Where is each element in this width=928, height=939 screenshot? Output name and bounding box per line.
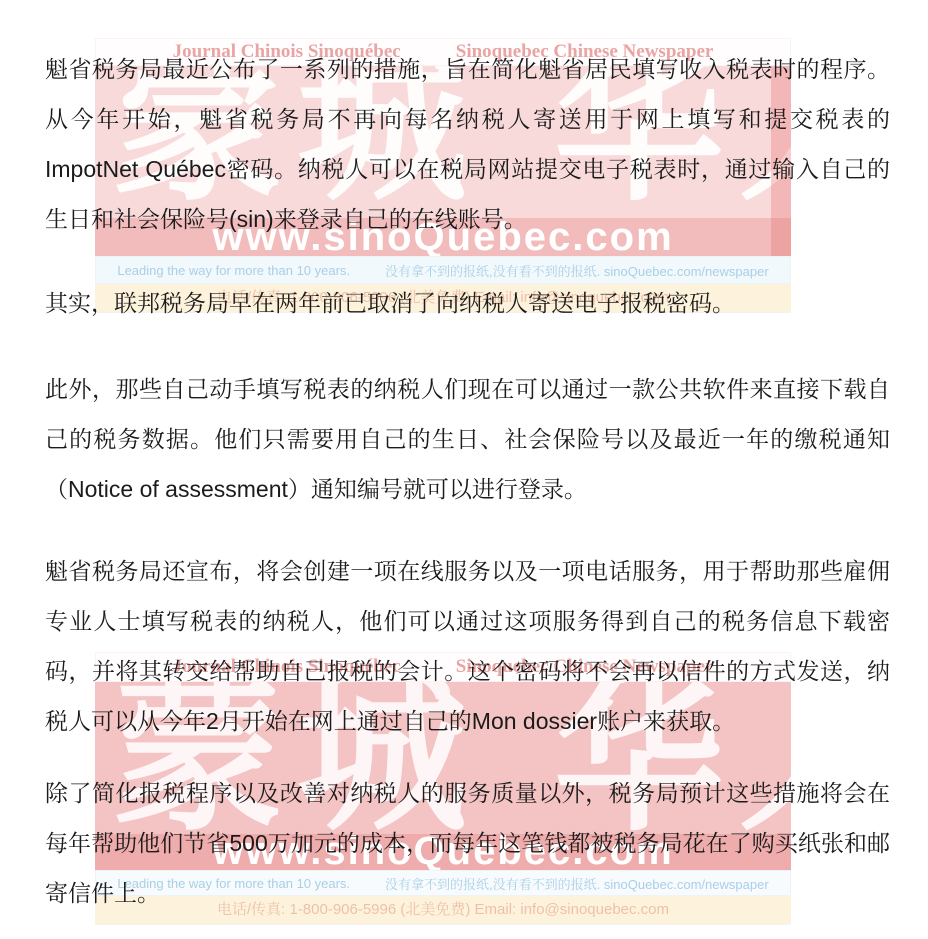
article-paragraph: 除了简化报税程序以及改善对纳税人的服务质量以外，税务局预计这些措施将会在每年帮助… <box>45 768 890 918</box>
article-paragraph: 魁省税务局最近公布了一系列的措施，旨在简化魁省居民填写收入税表时的程序。从今年开… <box>45 44 890 244</box>
article-body: 魁省税务局最近公布了一系列的措施，旨在简化魁省居民填写收入税表时的程序。从今年开… <box>0 0 928 939</box>
article-paragraph: 魁省税务局还宣布，将会创建一项在线服务以及一项电话服务，用于帮助那些雇佣专业人士… <box>45 546 890 746</box>
article-paragraph: 其实，联邦税务局早在两年前已取消了向纳税人寄送电子报税密码。 <box>45 278 890 328</box>
article-page: Journal Chinois Sinoquébec Sinoquebec Ch… <box>0 0 928 939</box>
article-paragraph: 此外，那些自己动手填写税表的纳税人们现在可以通过一款公共软件来直接下载自己的税务… <box>45 364 890 514</box>
